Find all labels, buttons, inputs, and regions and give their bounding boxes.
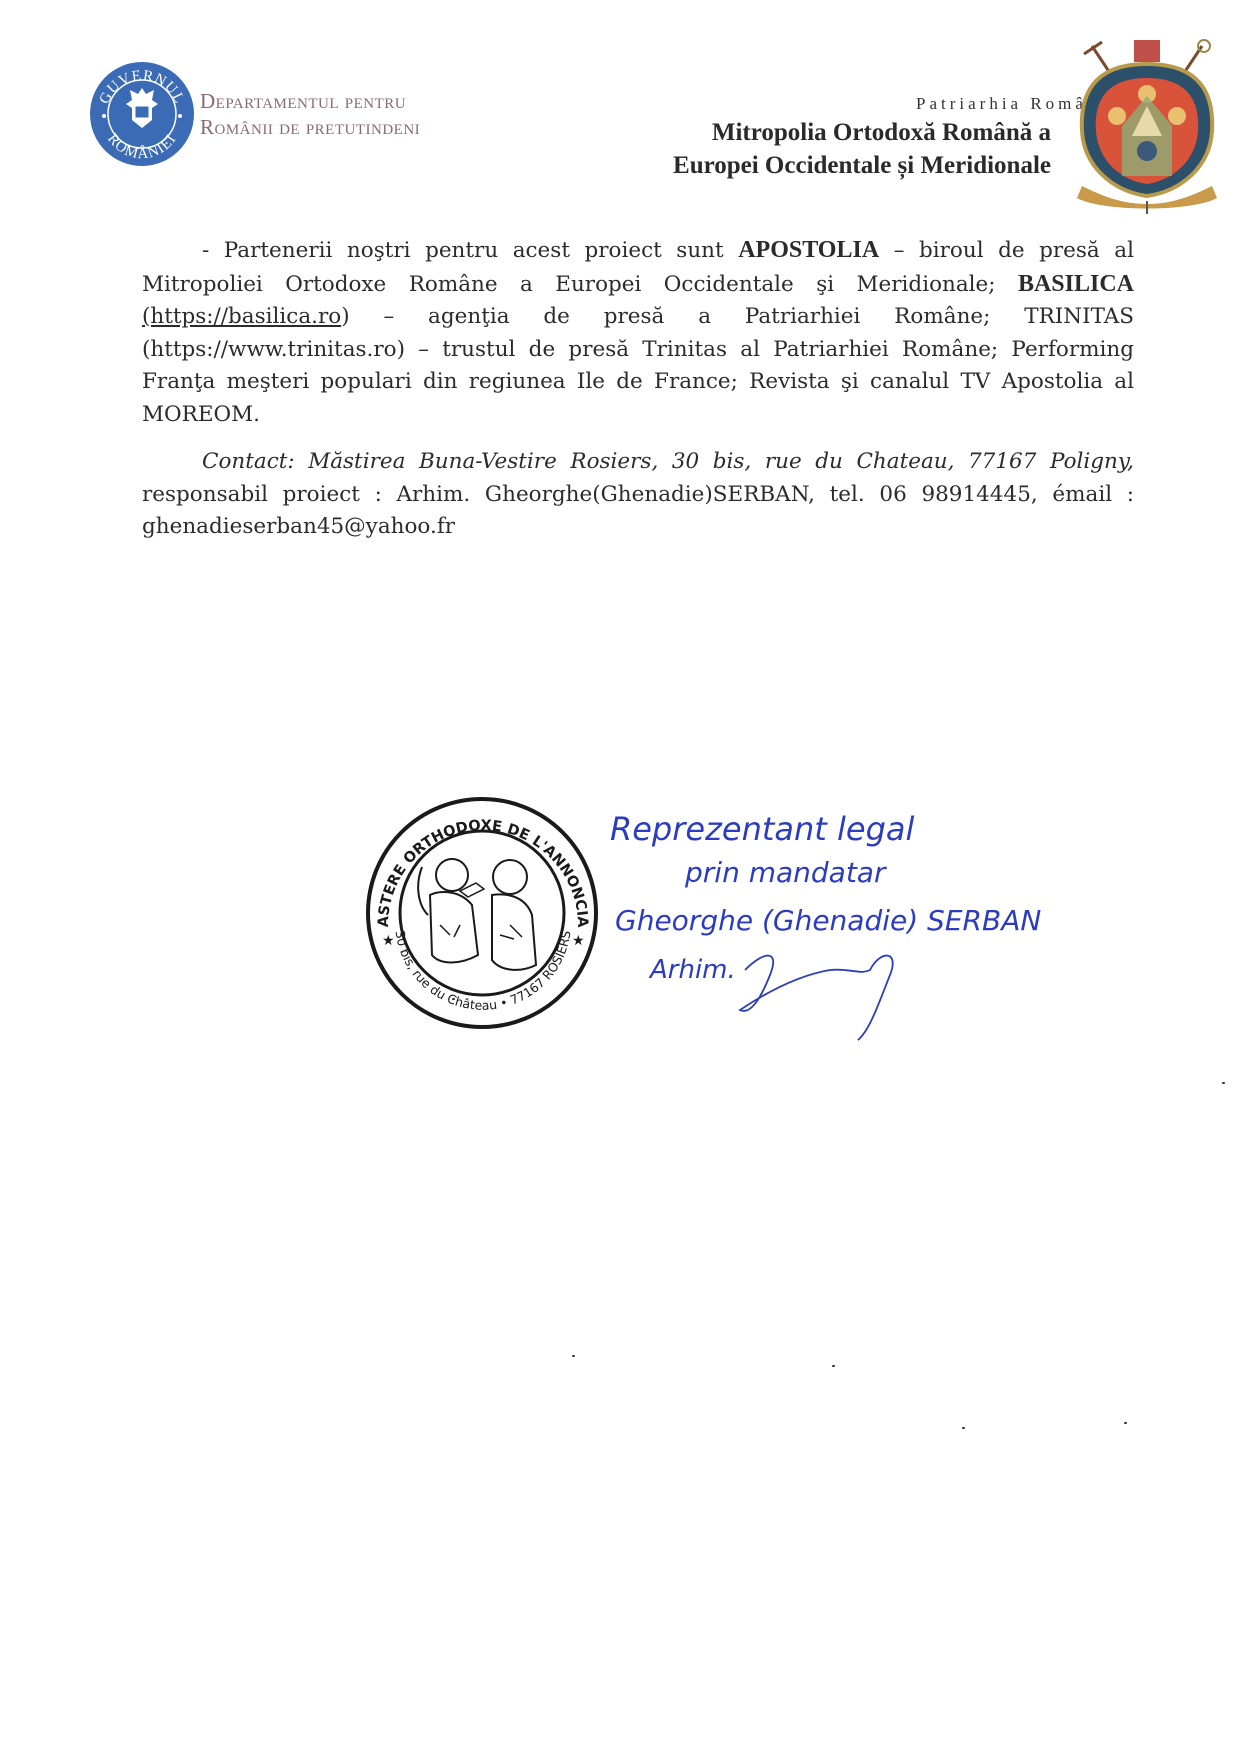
text-line: MOREOM. — [142, 399, 1134, 432]
department-line-1: Departamentul pentru — [200, 88, 420, 114]
text-line: Mitropoliei Ortodoxe Române a Europei Oc… — [142, 268, 1134, 302]
basilica-link[interactable]: (https://basilica.ro — [142, 304, 341, 329]
text-line: Contact: Măstirea Buna-Vestire Rosiers, … — [142, 446, 1134, 479]
scan-speck — [962, 1427, 965, 1429]
text-line: Franţa meşteri populari din regiunea Ile… — [142, 366, 1134, 399]
svg-text:★: ★ — [572, 933, 585, 949]
text-line: responsabil proiect : Arhim. Gheorghe(Gh… — [142, 479, 1134, 512]
handwritten-signature: Reprezentant legal prin mandatar Gheorgh… — [600, 800, 1070, 1050]
scan-speck — [1124, 1422, 1127, 1424]
partner-basilica: BASILICA — [1018, 271, 1134, 297]
partners-paragraph: - Partenerii noştri pentru acest proiect… — [142, 234, 1134, 431]
svg-text:prin mandatar: prin mandatar — [684, 856, 887, 889]
text-line: (https://www.trinitas.ro) – trustul de p… — [142, 334, 1134, 367]
contact-paragraph: Contact: Măstirea Buna-Vestire Rosiers, … — [142, 446, 1134, 544]
svg-text:Reprezentant legal: Reprezentant legal — [610, 810, 915, 848]
svg-text:30 bis, rue du Château • 77167: 30 bis, rue du Château • 77167 ROSIERS — [392, 930, 573, 1013]
contact-email[interactable]: ghenadieserban45@yahoo.fr — [142, 511, 1134, 544]
text-line: (https://basilica.ro) – agenţia de presă… — [142, 301, 1134, 334]
metropolis-name: Mitropolia Ortodoxă Română a Europei Occ… — [673, 116, 1051, 182]
metropolis-crest-icon — [1062, 36, 1232, 216]
department-name: Departamentul pentru Românii de pretutin… — [200, 88, 420, 140]
svg-text:Arhim.: Arhim. — [648, 955, 736, 985]
scan-speck — [832, 1365, 835, 1367]
text-line: - Partenerii noştri pentru acest proiect… — [142, 234, 1134, 268]
metropolis-line-1: Mitropolia Ortodoxă Română a — [673, 116, 1051, 149]
partner-apostolia: APOSTOLIA — [738, 237, 879, 263]
contact-address: Contact: Măstirea Buna-Vestire Rosiers, … — [202, 449, 1134, 474]
scan-speck — [572, 1355, 575, 1357]
svg-text:★: ★ — [382, 933, 395, 949]
svg-text:MONASTERE ORTHODOXE DE L'ANNON: MONASTERE ORTHODOXE DE L'ANNONCIATION — [360, 795, 590, 929]
metropolis-line-2: Europei Occidentale și Meridionale — [673, 149, 1051, 182]
department-line-2: Românii de pretutindeni — [200, 114, 420, 140]
scan-speck — [1222, 1082, 1225, 1084]
monastery-stamp-icon: MONASTERE ORTHODOXE DE L'ANNONCIATION 30… — [360, 795, 605, 1030]
romanian-government-seal-icon: GUVERNUL ROMÂNIEI — [88, 60, 196, 168]
scan-speck — [452, 998, 455, 1000]
svg-text:Gheorghe (Ghenadie) SERBAN: Gheorghe (Ghenadie) SERBAN — [615, 904, 1041, 937]
